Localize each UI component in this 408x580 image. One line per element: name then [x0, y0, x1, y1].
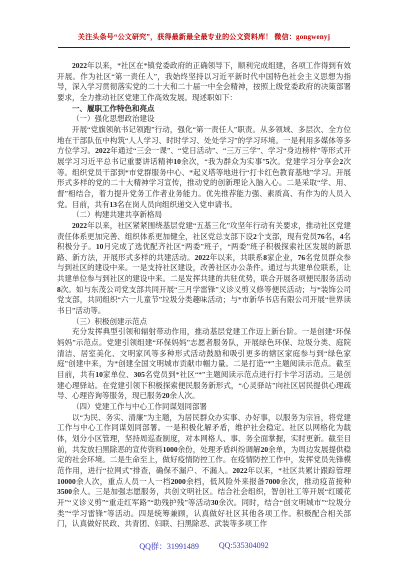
heading-sub-2: （二）构建共建共享新格局 [57, 210, 351, 221]
paragraph-sub-3: 充分发挥典型引领和辐射带动作用，推动基层党建工作迈上新台阶。一是创建“环保妈妈”… [57, 327, 351, 402]
qq-footer: QQ群：31991489 QQ:535304092 [0, 541, 408, 552]
heading-sub-1: （一）强化思想政治建设 [57, 114, 351, 125]
promo-header-text: 关注头条号“公文研究”，获得最新最全最专业的公文资料库！ 微信：gongweny… [78, 33, 330, 41]
heading-part-one: 一、履职工作特色和亮点 [57, 104, 351, 115]
paragraph-intro: 2022年以来，*社区在*镇党委政府的正确领导下，顺利完成组建，各项工作得到有效… [57, 61, 351, 104]
qq-number-text: QQ:535304092 [219, 541, 269, 552]
paragraph-sub-2: 2022年以来，社区紧紧围绕基层党建“五基三化”攻坚年行动有关要求，推动社区党建… [57, 221, 351, 317]
document-page: 关注头条号“公文研究”，获得最新最全最专业的公文资料库！ 微信：gongweny… [0, 0, 408, 580]
document-body: 2022年以来，*社区在*镇党委政府的正确领导下，顺利完成组建，各项工作得到有效… [57, 61, 351, 530]
promo-header: 关注头条号“公文研究”，获得最新最全最专业的公文资料库！ 微信：gongweny… [58, 26, 350, 48]
heading-sub-4: （四）党建工作与中心工作同谋划同部署 [57, 402, 351, 413]
paragraph-sub-1: 开展“党旗领航书记领跑”行动，强化“第一责任人”职责。从多领域、多层次、全方位地… [57, 125, 351, 210]
heading-sub-3: （三）积极创建示范点 [57, 317, 351, 328]
paragraph-sub-4: 以“为民、务实、清廉”为主题，为居民群众办实事、办好事，以服务为宗旨，将党建工作… [57, 413, 351, 530]
qq-group-text: QQ群：31991489 [139, 541, 199, 552]
